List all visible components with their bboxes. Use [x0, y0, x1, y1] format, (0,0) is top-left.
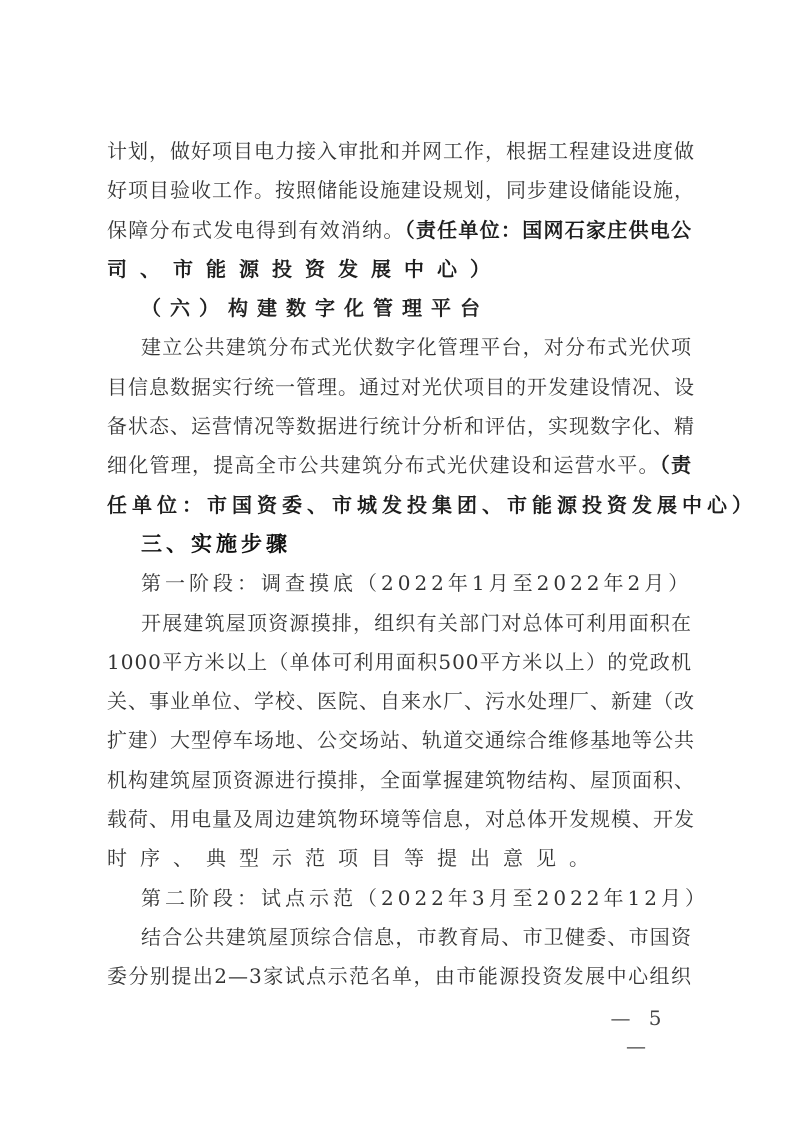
document-page: 计划，做好项目电力接入审批和并网工作，根据工程建设进度做 好项目验收工作。按照储… — [0, 0, 800, 1131]
paragraph-line: 开展建筑屋顶资源摸排，组织有关部门对总体可利用面积在 — [107, 604, 692, 643]
section-subheading: （六）构建数字化管理平台 — [107, 289, 692, 328]
responsible-unit-note: （责 — [660, 453, 692, 477]
paragraph-line: 备状态、运营情况等数据进行统计分析和评估，实现数字化、精 — [107, 407, 692, 446]
responsible-unit-note: （责任单位：国网石家庄供电公 — [405, 218, 692, 242]
paragraph-line: 司、市能源投资发展中心） — [107, 250, 692, 289]
paragraph-line: 时序、典型示范项目等提出意见。 — [107, 839, 692, 878]
paragraph-line: 任单位：市国资委、市城发投集团、市能源投资发展中心） — [107, 486, 692, 525]
paragraph-line: 关、事业单位、学校、医院、自来水厂、污水处理厂、新建（改 — [107, 682, 692, 721]
paragraph-line: 结合公共建筑屋顶综合信息，市教育局、市卫健委、市国资 — [107, 918, 692, 957]
paragraph-text: 细化管理，提高全市公共建筑分布式光伏建设和运营水平。 — [107, 453, 660, 477]
document-body: 计划，做好项目电力接入审批和并网工作，根据工程建设进度做 好项目验收工作。按照储… — [107, 132, 692, 997]
paragraph-line: 建立公共建筑分布式光伏数字化管理平台，对分布式光伏项 — [107, 328, 692, 367]
paragraph-line: 1000平方米以上（单体可利用面积500平方米以上）的党政机 — [107, 643, 692, 682]
paragraph-line: 细化管理，提高全市公共建筑分布式光伏建设和运营水平。（责 — [107, 446, 692, 485]
paragraph-line: 计划，做好项目电力接入审批和并网工作，根据工程建设进度做 — [107, 132, 692, 171]
paragraph-line: 载荷、用电量及周边建筑物环境等信息，对总体开发规模、开发 — [107, 800, 692, 839]
responsible-unit-note: 任单位：市国资委、市城发投集团、市能源投资发展中心） — [107, 493, 757, 517]
paragraph-line: 委分别提出2—3家试点示范名单，由市能源投资发展中心组织 — [107, 957, 692, 996]
responsible-unit-note: 司、市能源投资发展中心） — [107, 257, 503, 281]
paragraph-line: 机构建筑屋顶资源进行摸排，全面掌握建筑物结构、屋顶面积、 — [107, 761, 692, 800]
paragraph-line: 保障分布式发电得到有效消纳。（责任单位：国网石家庄供电公 — [107, 211, 692, 250]
paragraph-line: 目信息数据实行统一管理。通过对光伏项目的开发建设情况、设 — [107, 368, 692, 407]
section-heading: 三、实施步骤 — [107, 525, 692, 564]
stage-heading: 第二阶段：试点示范（2022年3月至2022年12月） — [107, 879, 692, 918]
page-number: — 5 — — [598, 1004, 680, 1032]
paragraph-line: 扩建）大型停车场地、公交场站、轨道交通综合维修基地等公共 — [107, 721, 692, 760]
stage-heading: 第一阶段：调查摸底（2022年1月至2022年2月） — [107, 564, 692, 603]
paragraph-line: 好项目验收工作。按照储能设施建设规划，同步建设储能设施， — [107, 171, 692, 210]
paragraph-text: 保障分布式发电得到有效消纳。 — [107, 218, 405, 242]
